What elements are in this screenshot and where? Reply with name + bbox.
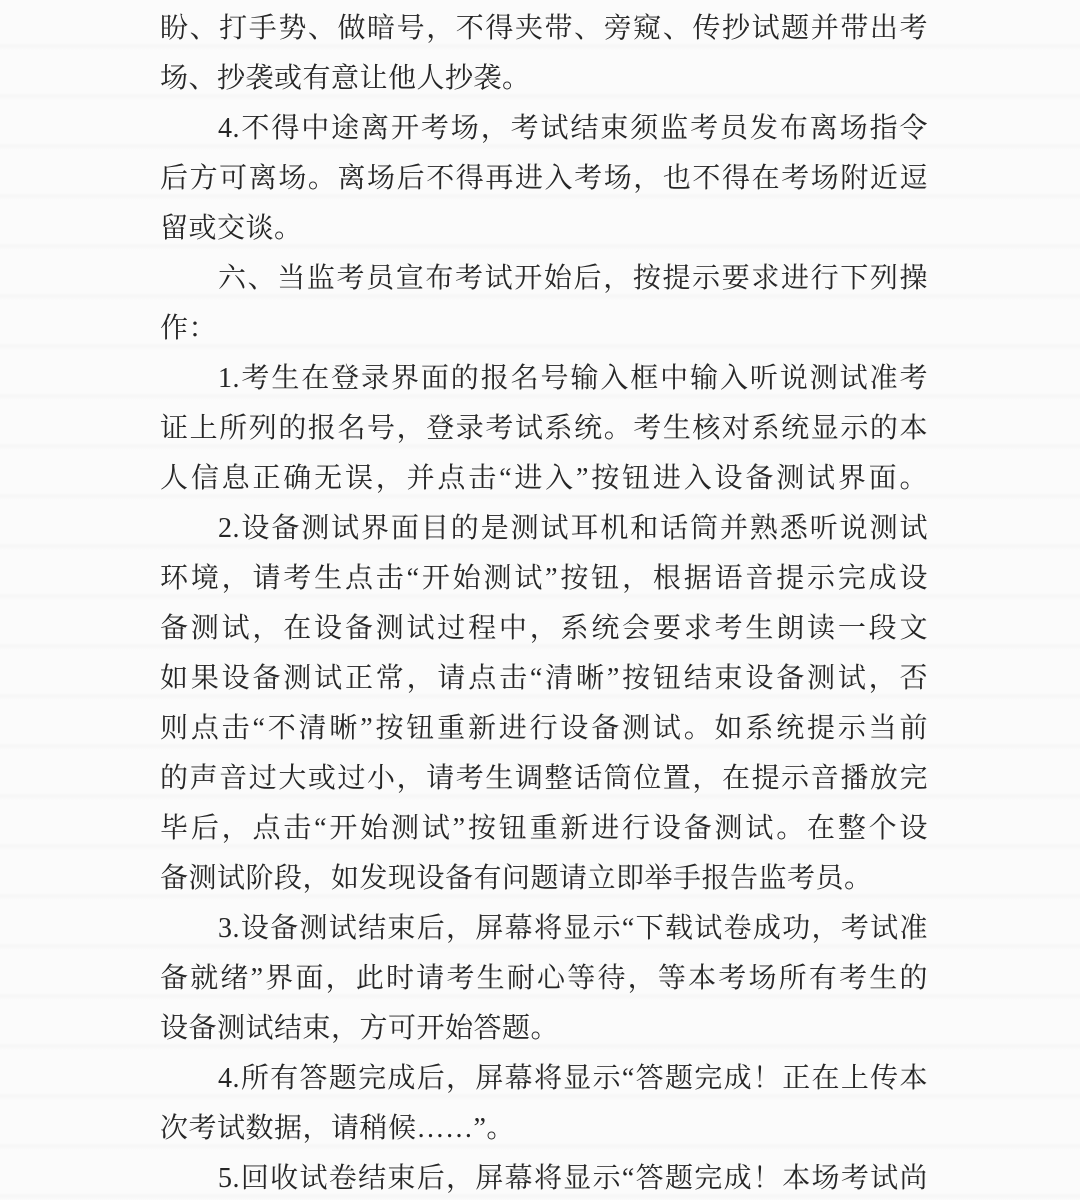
text-line: 六、当监考员宣布考试开始后，按提示要求进行下列操 <box>160 254 928 304</box>
text-line: 毕后，点击“开始测试”按钮重新进行设备测试。在整个设 <box>160 804 928 854</box>
text-line: 5.回收试卷结束后，屏幕将显示“答题完成！本场考试尚 <box>160 1154 928 1200</box>
text-line: 备测试，在设备测试过程中，系统会要求考生朗读一段文字。 <box>160 604 928 654</box>
text-line: 场、抄袭或有意让他人抄袭。 <box>160 54 928 104</box>
text-line: 证上所列的报名号，登录考试系统。考生核对系统显示的本 <box>160 404 928 454</box>
text-line: 4.不得中途离开考场，考试结束须监考员发布离场指令 <box>160 104 928 154</box>
text-line: 盼、打手势、做暗号，不得夹带、旁窥、传抄试题并带出考 <box>160 4 928 54</box>
text-line: 2.设备测试界面目的是测试耳机和话筒并熟悉听说测试 <box>160 504 928 554</box>
text-line: 4.所有答题完成后，屏幕将显示“答题完成！正在上传本 <box>160 1054 928 1104</box>
text-block: 盼、打手势、做暗号，不得夹带、旁窥、传抄试题并带出考场、抄袭或有意让他人抄袭。4… <box>160 4 928 1200</box>
text-line: 人信息正确无误，并点击“进入”按钮进入设备测试界面。 <box>160 454 928 504</box>
text-line: 设备测试结束，方可开始答题。 <box>160 1004 928 1054</box>
text-line: 次考试数据，请稍候……”。 <box>160 1104 928 1154</box>
document-page: 盼、打手势、做暗号，不得夹带、旁窥、传抄试题并带出考场、抄袭或有意让他人抄袭。4… <box>0 0 1080 1200</box>
text-line: 3.设备测试结束后，屏幕将显示“下载试卷成功，考试准 <box>160 904 928 954</box>
text-line: 如果设备测试正常，请点击“清晰”按钮结束设备测试，否 <box>160 654 928 704</box>
text-line: 后方可离场。离场后不得再进入考场，也不得在考场附近逗 <box>160 154 928 204</box>
text-line: 则点击“不清晰”按钮重新进行设备测试。如系统提示当前 <box>160 704 928 754</box>
text-line: 1.考生在登录界面的报名号输入框中输入听说测试准考 <box>160 354 928 404</box>
text-line: 环境，请考生点击“开始测试”按钮，根据语音提示完成设 <box>160 554 928 604</box>
text-line: 作： <box>160 304 928 354</box>
text-line: 备就绪”界面，此时请考生耐心等待，等本考场所有考生的 <box>160 954 928 1004</box>
text-line: 备测试阶段，如发现设备有问题请立即举手报告监考员。 <box>160 854 928 904</box>
text-line: 留或交谈。 <box>160 204 928 254</box>
text-line: 的声音过大或过小，请考生调整话筒位置，在提示音播放完 <box>160 754 928 804</box>
